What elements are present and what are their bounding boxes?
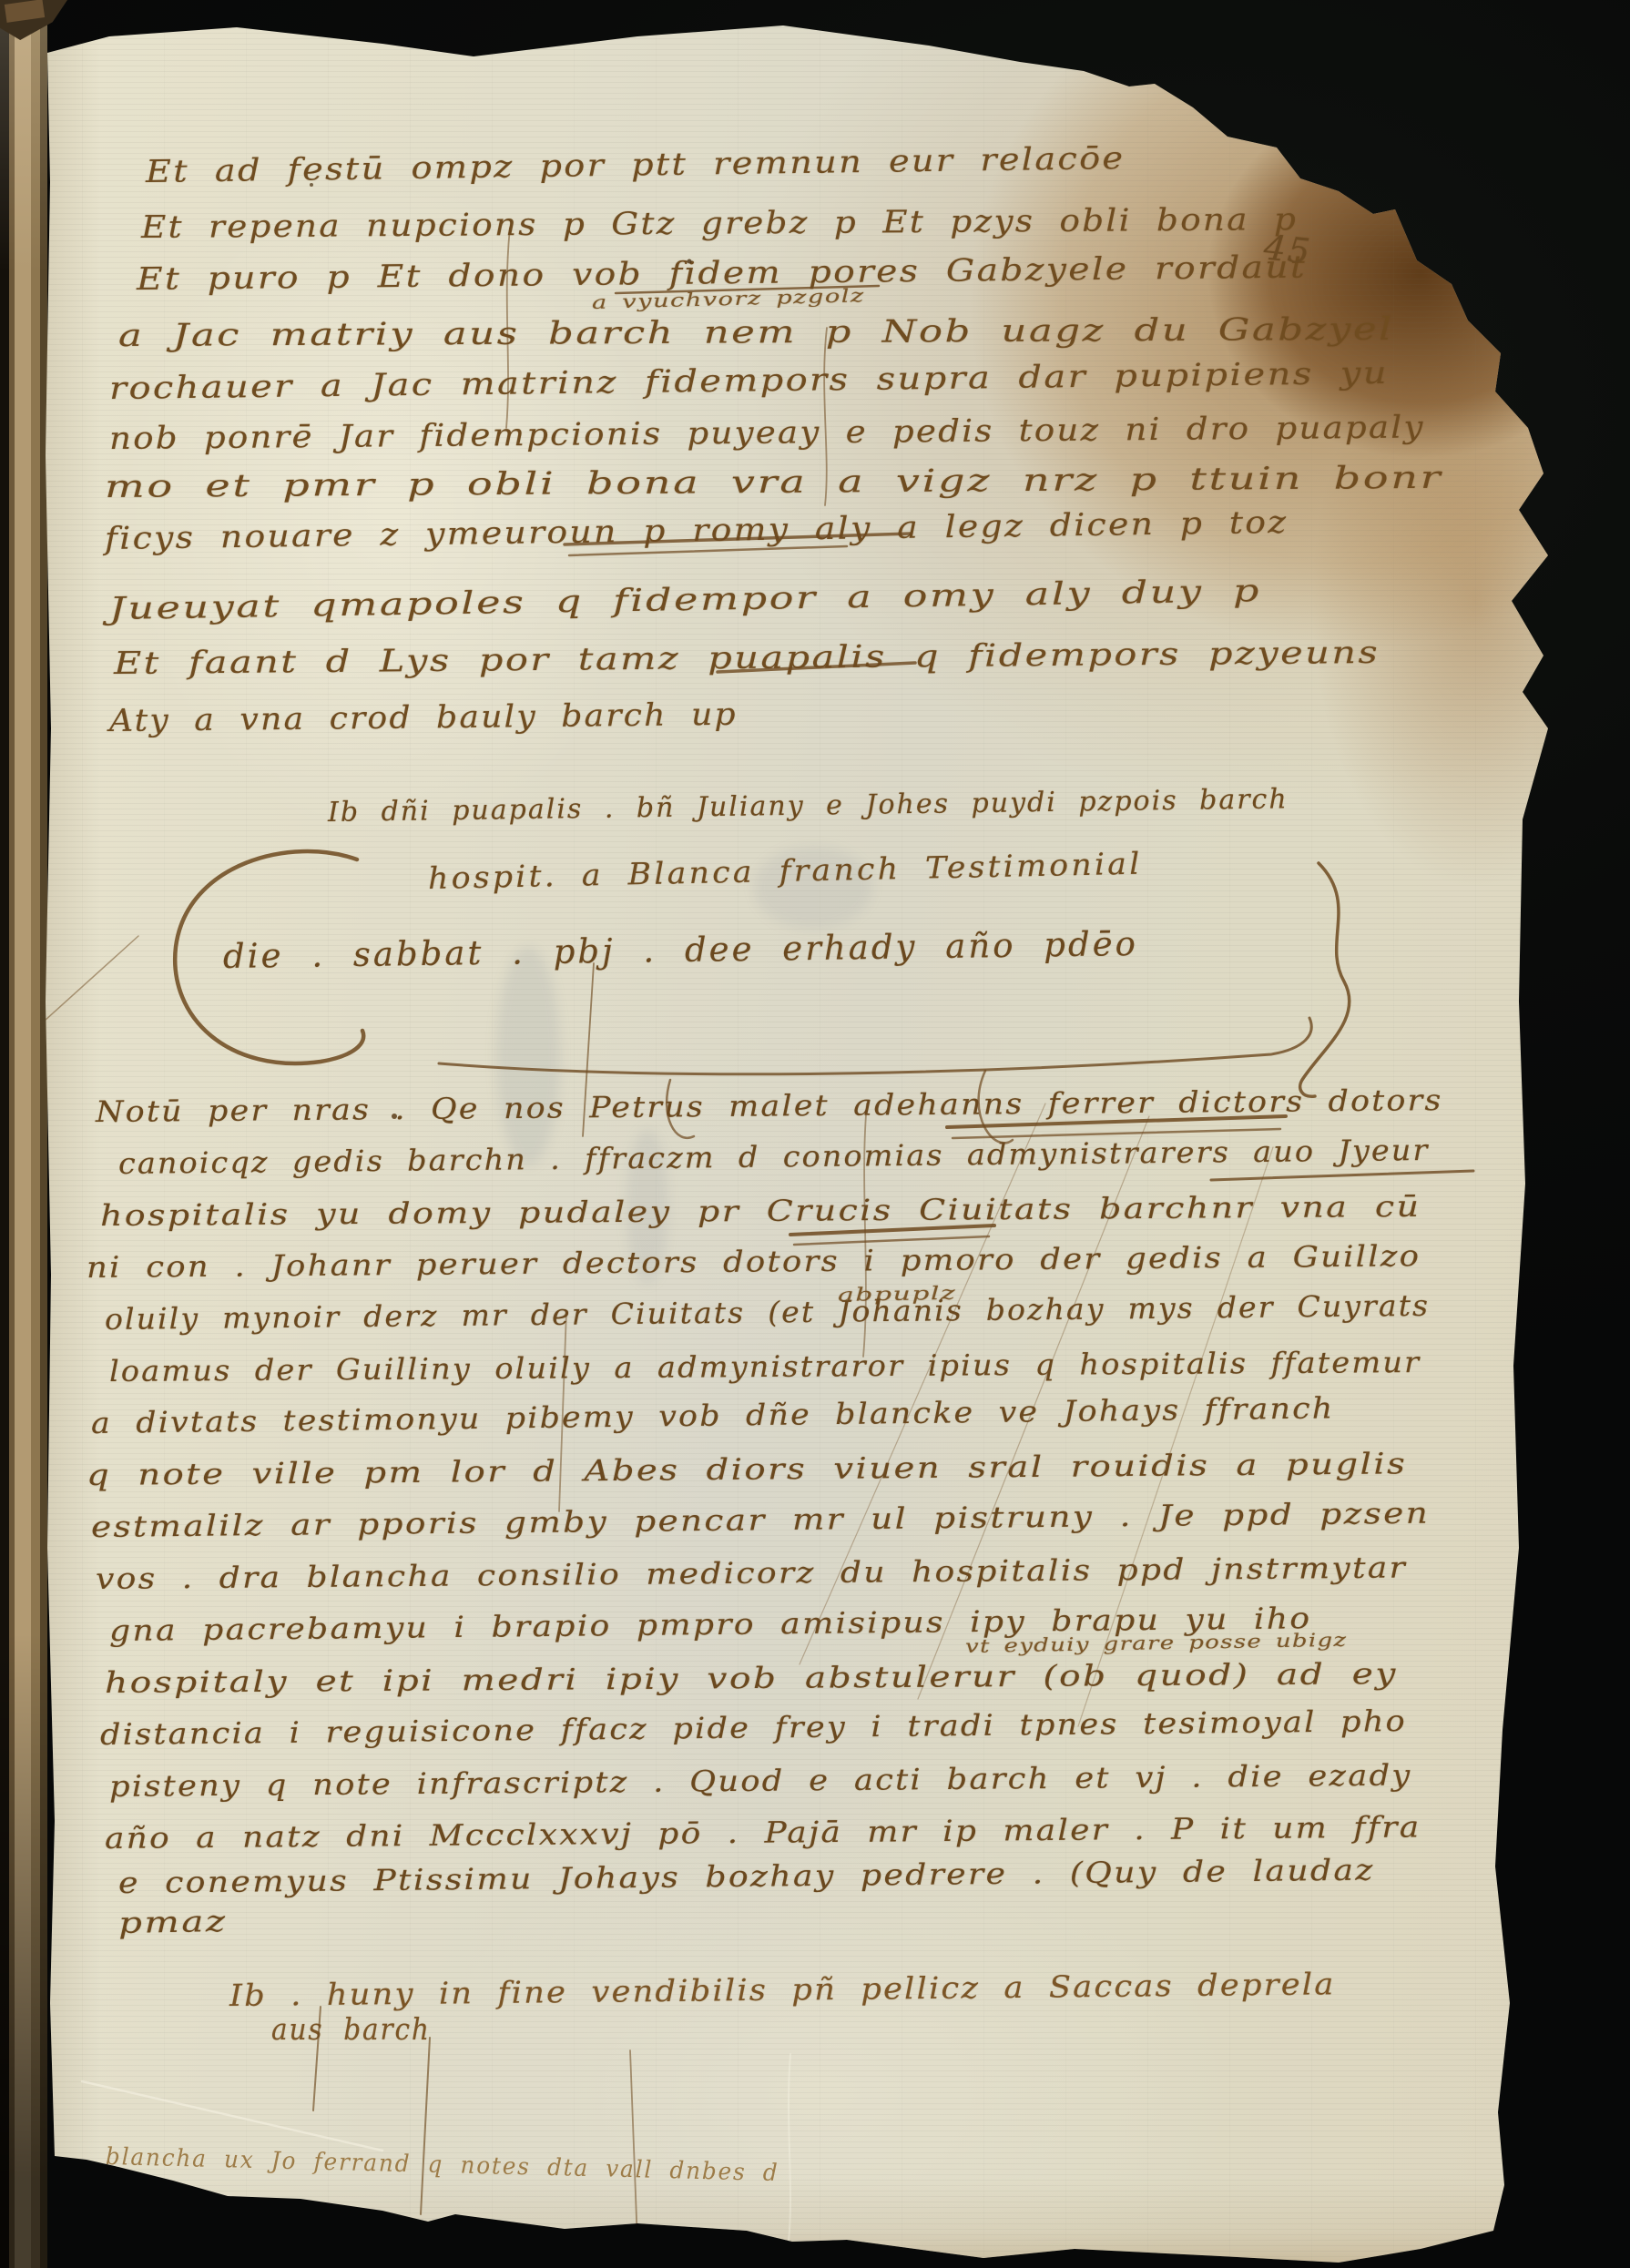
manuscript-scan: Et ad festū ompz por ptt remnun eur rela… [0,0,1630,2268]
main-line-17: pmaz [118,1907,228,1937]
ink-smudge-1 [496,947,560,1165]
closing-line-2: aus barch [271,2014,431,2044]
main-line-6: loamus der Guilliny oluily a admynistrar… [109,1348,1421,1386]
top-line-11: Aty a vna crod bauly barch up [109,699,738,737]
gutter-shading [0,0,47,2268]
main-line-12: hospitaly et ipi medri ipiy vob abstuler… [105,1659,1398,1697]
top-line-4: a Jac matriy aus barch nem p Nob uagz du… [118,314,1394,351]
top-line-2: Et repena nupcions p Gtz grebz p Et pzys… [141,204,1298,243]
top-line-7: mo et pmr p obli bona vra a vigz nrz p t… [105,463,1443,503]
folio-number: 45 [1262,229,1313,269]
manuscript-page: Et ad festū ompz por ptt remnun eur rela… [0,0,1630,2268]
main-line-3: hospitalis yu domy pudaley pr Crucis Ciu… [100,1192,1421,1230]
